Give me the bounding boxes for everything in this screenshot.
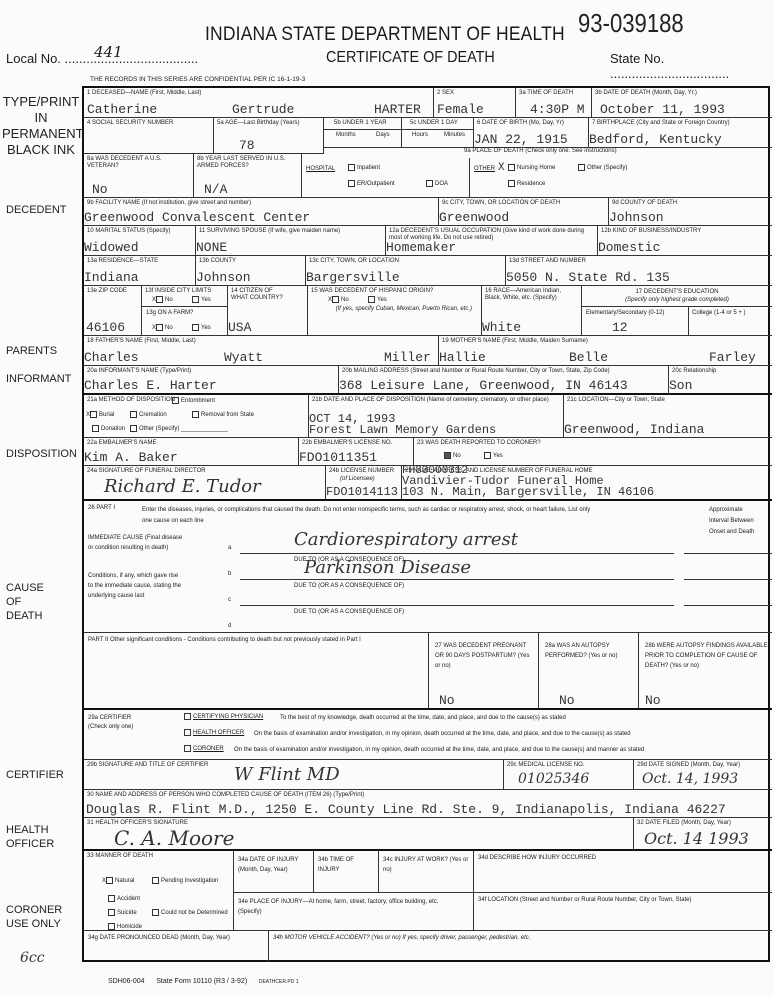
checkbox-natural[interactable]: XNatural — [102, 877, 134, 884]
field-date-of-death[interactable]: 3b DATE OF DEATH (Month, Day, Yr.) Octob… — [592, 88, 772, 118]
checkbox-residence[interactable]: Residence — [508, 180, 545, 187]
local-number: Local No. ..............................… — [6, 51, 198, 66]
side-label-certifier: CERTIFIER — [6, 768, 86, 782]
checkbox-undetermined[interactable]: Could not be Determined — [152, 909, 228, 916]
checkbox-coroner-no[interactable]: No — [444, 452, 461, 459]
field-manner-of-death: 33 MANNER OF DEATH XNatural Pending Inve… — [84, 851, 234, 931]
checkbox-farm-no[interactable]: XNo — [152, 324, 173, 331]
field-informant-address[interactable]: 20b MAILING ADDRESS (Street and Number o… — [339, 366, 669, 394]
field-occupation[interactable]: 12a DECEDENT'S USUAL OCCUPATION (Give ki… — [386, 226, 598, 256]
checkbox-accident[interactable]: Accident — [108, 895, 140, 902]
field-embalmer-name[interactable]: 22a EMBALMER'S NAME Kim A. Baker — [84, 438, 299, 466]
checkbox-farm-yes[interactable]: Yes — [192, 324, 211, 331]
field-time-of-death[interactable]: 3a TIME OF DEATH 4:30P M — [516, 88, 592, 118]
checkbox-removal[interactable]: Removal from State — [192, 411, 254, 418]
checkbox-suicide[interactable]: Suicide — [108, 909, 137, 916]
field-injury-date[interactable]: 34a DATE OF INJURY (Month, Day, Year) — [234, 851, 314, 893]
certificate-number: 93-039188 — [578, 8, 684, 39]
field-hispanic[interactable]: 15 WAS DECEDENT OF HISPANIC ORIGIN? XNo … — [308, 286, 482, 336]
field-county-of-death[interactable]: 9d COUNTY OF DEATH Johnson — [609, 198, 772, 226]
side-label-coroner: CORONER USE ONLY — [6, 903, 62, 931]
footer-form: State Form 10110 (R3 / 3-92) — [156, 978, 247, 985]
field-cause-part-2[interactable]: PART II Other significant conditions - C… — [84, 633, 429, 709]
field-license-number[interactable]: 24b LICENSE NUMBER (of Licensee) FDO1014… — [326, 466, 402, 500]
field-cause-completer[interactable]: 30 NAME AND ADDRESS OF PERSON WHO COMPLE… — [84, 790, 772, 818]
field-autopsy[interactable]: 28a WAS AN AUTOPSY PERFORMED? (Yes or no… — [539, 633, 639, 709]
confidential-notice: THE RECORDS IN THIS SERIES ARE CONFIDENT… — [90, 76, 305, 83]
field-surviving-spouse[interactable]: 11 SURVIVING SPOUSE (If wife, give maide… — [196, 226, 386, 256]
field-city-of-death[interactable]: 9c CITY, TOWN, OR LOCATION OF DEATH Gree… — [439, 198, 609, 226]
checkbox-hispanic-no[interactable]: XNo — [328, 296, 349, 303]
field-disposition-location[interactable]: 21c LOCATION—City or Town, State Greenwo… — [564, 395, 772, 438]
certificate-title: CERTIFICATE OF DEATH — [326, 49, 495, 67]
death-certificate-form: 1 DECEASED—NAME (First, Middle, Last) Ca… — [82, 86, 770, 962]
field-certifier-type: 29a CERTIFIER (Check only one) CERTIFYIN… — [84, 710, 772, 760]
field-under-1-year[interactable]: 5b UNDER 1 YEAR Months Days — [324, 118, 402, 148]
place-of-death-label: 9a PLACE OF DEATH (Check only one. See i… — [464, 148, 617, 154]
field-date-filed[interactable]: 32 DATE FILED (Month, Day, Year) Oct. 14… — [634, 818, 772, 850]
first-name: Catherine — [87, 102, 157, 117]
checkbox-cremation[interactable]: Cremation — [130, 411, 167, 418]
checkbox-city-limits-yes[interactable]: Yes — [192, 296, 211, 303]
field-mother-name[interactable]: 19 MOTHER'S NAME (First, Middle, Maiden … — [439, 336, 772, 366]
checkbox-health-officer[interactable]: HEALTH OFFICER — [184, 729, 244, 736]
field-sex[interactable]: 2 SEX Female — [434, 88, 516, 118]
field-disposition-place[interactable]: 21b DATE AND PLACE OF DISPOSITION (Name … — [309, 395, 564, 438]
field-other-place[interactable]: OTHER X Nursing Home Residence Other (Sp… — [470, 158, 772, 198]
side-label-disposition: DISPOSITION — [6, 447, 86, 461]
field-injury-description[interactable]: 34d DESCRIBE HOW INJURY OCCURRED — [474, 851, 772, 893]
checkbox-doa[interactable]: DOA — [426, 180, 448, 187]
local-number-value: 441 — [94, 43, 123, 61]
checkbox-pending[interactable]: Pending Investigation — [152, 877, 218, 884]
field-medical-license[interactable]: 29c MEDICAL LICENSE NO. 01025346 — [504, 760, 634, 790]
field-citizen[interactable]: 14 CITIZEN OF WHAT COUNTRY? USA — [228, 286, 308, 336]
checkbox-other-specify[interactable]: Other (Specify) — [578, 164, 627, 171]
field-pregnant[interactable]: 27 WAS DECEDENT PREGNANT OR 90 DAYS POST… — [429, 633, 539, 709]
field-autopsy-findings[interactable]: 28b WERE AUTOPSY FINDINGS AVAILABLE PRIO… — [639, 633, 772, 709]
field-injury-location[interactable]: 34f LOCATION (Street and Number or Rural… — [474, 893, 772, 931]
checkbox-entombment[interactable]: Entombment — [172, 397, 215, 404]
elementary-grade: 12 — [612, 320, 628, 335]
cause-line-b[interactable]: Parkinson Disease — [304, 557, 471, 578]
field-race[interactable]: 16 RACE—American Indian, Black, White, e… — [482, 286, 582, 336]
field-injury-time[interactable]: 34b TIME OF INJURY — [314, 851, 379, 893]
field-under-1-day[interactable]: 5c UNDER 1 DAY Hours Minutes — [402, 118, 474, 148]
field-cause-part-1: 26 PART I Enter the diseases, injuries, … — [84, 501, 772, 633]
field-funeral-home[interactable]: 25 NAME, ADDRESS, AND LICENSE NUMBER OF … — [402, 466, 772, 500]
checkbox-coroner[interactable]: CORONER — [184, 745, 224, 752]
field-certifier-signature[interactable]: 29b SIGNATURE AND TITLE OF CERTIFIER W F… — [84, 760, 504, 790]
side-label-type-print: TYPE/PRINT IN PERMANENT BLACK INK — [2, 94, 80, 158]
checkbox-er-outpatient[interactable]: ER/Outpatient — [348, 180, 395, 187]
field-health-officer-signature[interactable]: 31 HEALTH OFFICER'S SIGNATURE C. A. Moor… — [84, 818, 634, 850]
field-street[interactable]: 13d STREET AND NUMBER 5050 N. State Rd. … — [506, 256, 772, 286]
side-label-informant: INFORMANT — [6, 372, 86, 386]
field-marital-status[interactable]: 10 MARITAL STATUS (Specify) Widowed — [84, 226, 196, 256]
field-relationship[interactable]: 20c Relationship Son — [669, 366, 772, 394]
field-zip[interactable]: 13e ZIP CODE 46106 — [84, 286, 142, 336]
checkbox-coroner-yes[interactable]: Yes — [484, 452, 503, 459]
side-label-cause-of-death: CAUSE OF DEATH — [6, 581, 56, 623]
field-informant-name[interactable]: 20a INFORMANT'S NAME (Type/Print) Charle… — [84, 366, 339, 394]
field-date-signed[interactable]: 29d DATE SIGNED (Month, Day, Year) Oct. … — [634, 760, 772, 790]
field-facility-name[interactable]: 9b FACILITY NAME (If not institution, gi… — [84, 198, 439, 226]
disposition-cemetery: Forest Lawn Memory Gardens — [309, 423, 496, 437]
checkbox-donation[interactable]: Donation — [92, 425, 125, 432]
margin-note: 6cc — [20, 950, 45, 966]
agency-title: INDIANA STATE DEPARTMENT OF HEALTH — [205, 24, 565, 46]
field-date-of-birth[interactable]: 6 DATE OF BIRTH (Mo, Day, Yr) JAN 22, 19… — [474, 118, 589, 148]
checkbox-hispanic-yes[interactable]: Yes — [368, 296, 387, 303]
checkbox-burial[interactable]: XBurial — [86, 411, 114, 418]
cause-line-a[interactable]: Cardiorespiratory arrest — [294, 529, 518, 550]
field-funeral-director-signature[interactable]: 24a SIGNATURE OF FUNERAL DIRECTOR Richar… — [84, 466, 326, 500]
last-name: HARTER — [374, 102, 421, 117]
field-year-served[interactable]: 8b YEAR LAST SERVED IN U.S. ARMED FORCES… — [194, 154, 302, 198]
field-education[interactable]: 17 DECEDENT'S EDUCATION (Specify only hi… — [582, 286, 772, 336]
footer-ref: DEATHCER.PD 1 — [259, 979, 299, 985]
field-injury-at-work[interactable]: 34c INJURY AT WORK? (Yes or no) — [379, 851, 474, 893]
field-disposition-method[interactable]: 21a METHOD OF DISPOSITION Entombment XBu… — [84, 395, 309, 438]
checkbox-other-disposition[interactable]: Other (Specify) ______________ — [130, 425, 228, 432]
checkbox-nursing-home[interactable]: Nursing Home — [508, 164, 555, 171]
checkbox-inpatient[interactable]: Inpatient — [348, 164, 380, 171]
state-number-label: State No. ..............................… — [610, 51, 774, 81]
field-injury-place[interactable]: 34e PLACE OF INJURY—At home, farm, stree… — [234, 893, 474, 931]
field-age[interactable]: 5a AGE—Last Birthday (Years) 78 — [214, 118, 324, 154]
field-deceased-name[interactable]: 1 DECEASED—NAME (First, Middle, Last) Ca… — [84, 88, 434, 118]
checkbox-city-limits-no[interactable]: XNo — [152, 296, 173, 303]
field-residence-city[interactable]: 13c CITY, TOWN, OR LOCATION Bargersville — [306, 256, 506, 286]
field-residence-state[interactable]: 13a RESIDENCE—STATE Indiana — [84, 256, 196, 286]
middle-name: Gertrude — [232, 102, 294, 117]
field-residence-county[interactable]: 13b COUNTY Johnson — [196, 256, 306, 286]
field-date-pronounced[interactable]: 34g DATE PRONOUNCED DEAD (Month, Day, Ye… — [84, 931, 269, 962]
side-label-health-officer: HEALTH OFFICER — [6, 823, 56, 851]
checkbox-homicide[interactable]: Homicide — [108, 923, 142, 930]
checkbox-certifying-physician[interactable]: CERTIFYING PHYSICIAN — [184, 713, 263, 720]
field-veteran[interactable]: 8a WAS DECEDENT A U.S. VETERAN? No — [84, 154, 194, 198]
footer-code: SDH06-004 — [108, 978, 145, 985]
form-footer: SDH06-004 State Form 10110 (R3 / 3-92) D… — [108, 978, 298, 985]
field-motor-vehicle[interactable]: 34h MOTOR VEHICLE ACCIDENT? (Yes or no) … — [269, 931, 772, 962]
field-coroner-reported[interactable]: 23 WAS DEATH REPORTED TO CORONER? No Yes — [414, 438, 772, 466]
field-hospital[interactable]: HOSPITAL Inpatient ER/Outpatient DOA — [302, 158, 470, 198]
field-city-limits-farm[interactable]: 13f INSIDE CITY LIMITS XNo Yes 13g ON A … — [142, 286, 228, 336]
field-birthplace[interactable]: 7 BIRTHPLACE (City and State or Foreign … — [589, 118, 772, 148]
field-embalmer-license[interactable]: 22b EMBALMER'S LICENSE NO. FDO1011351 — [299, 438, 414, 466]
side-label-parents: PARENTS — [6, 344, 86, 358]
field-father-name[interactable]: 18 FATHER'S NAME (First, Middle, Last) C… — [84, 336, 439, 366]
field-ssn[interactable]: 4 SOCIAL SECURITY NUMBER — [84, 118, 214, 154]
side-label-decedent: DECEDENT — [6, 203, 86, 217]
field-business[interactable]: 12b KIND OF BUSINESS/INDUSTRY Domestic — [598, 226, 772, 256]
